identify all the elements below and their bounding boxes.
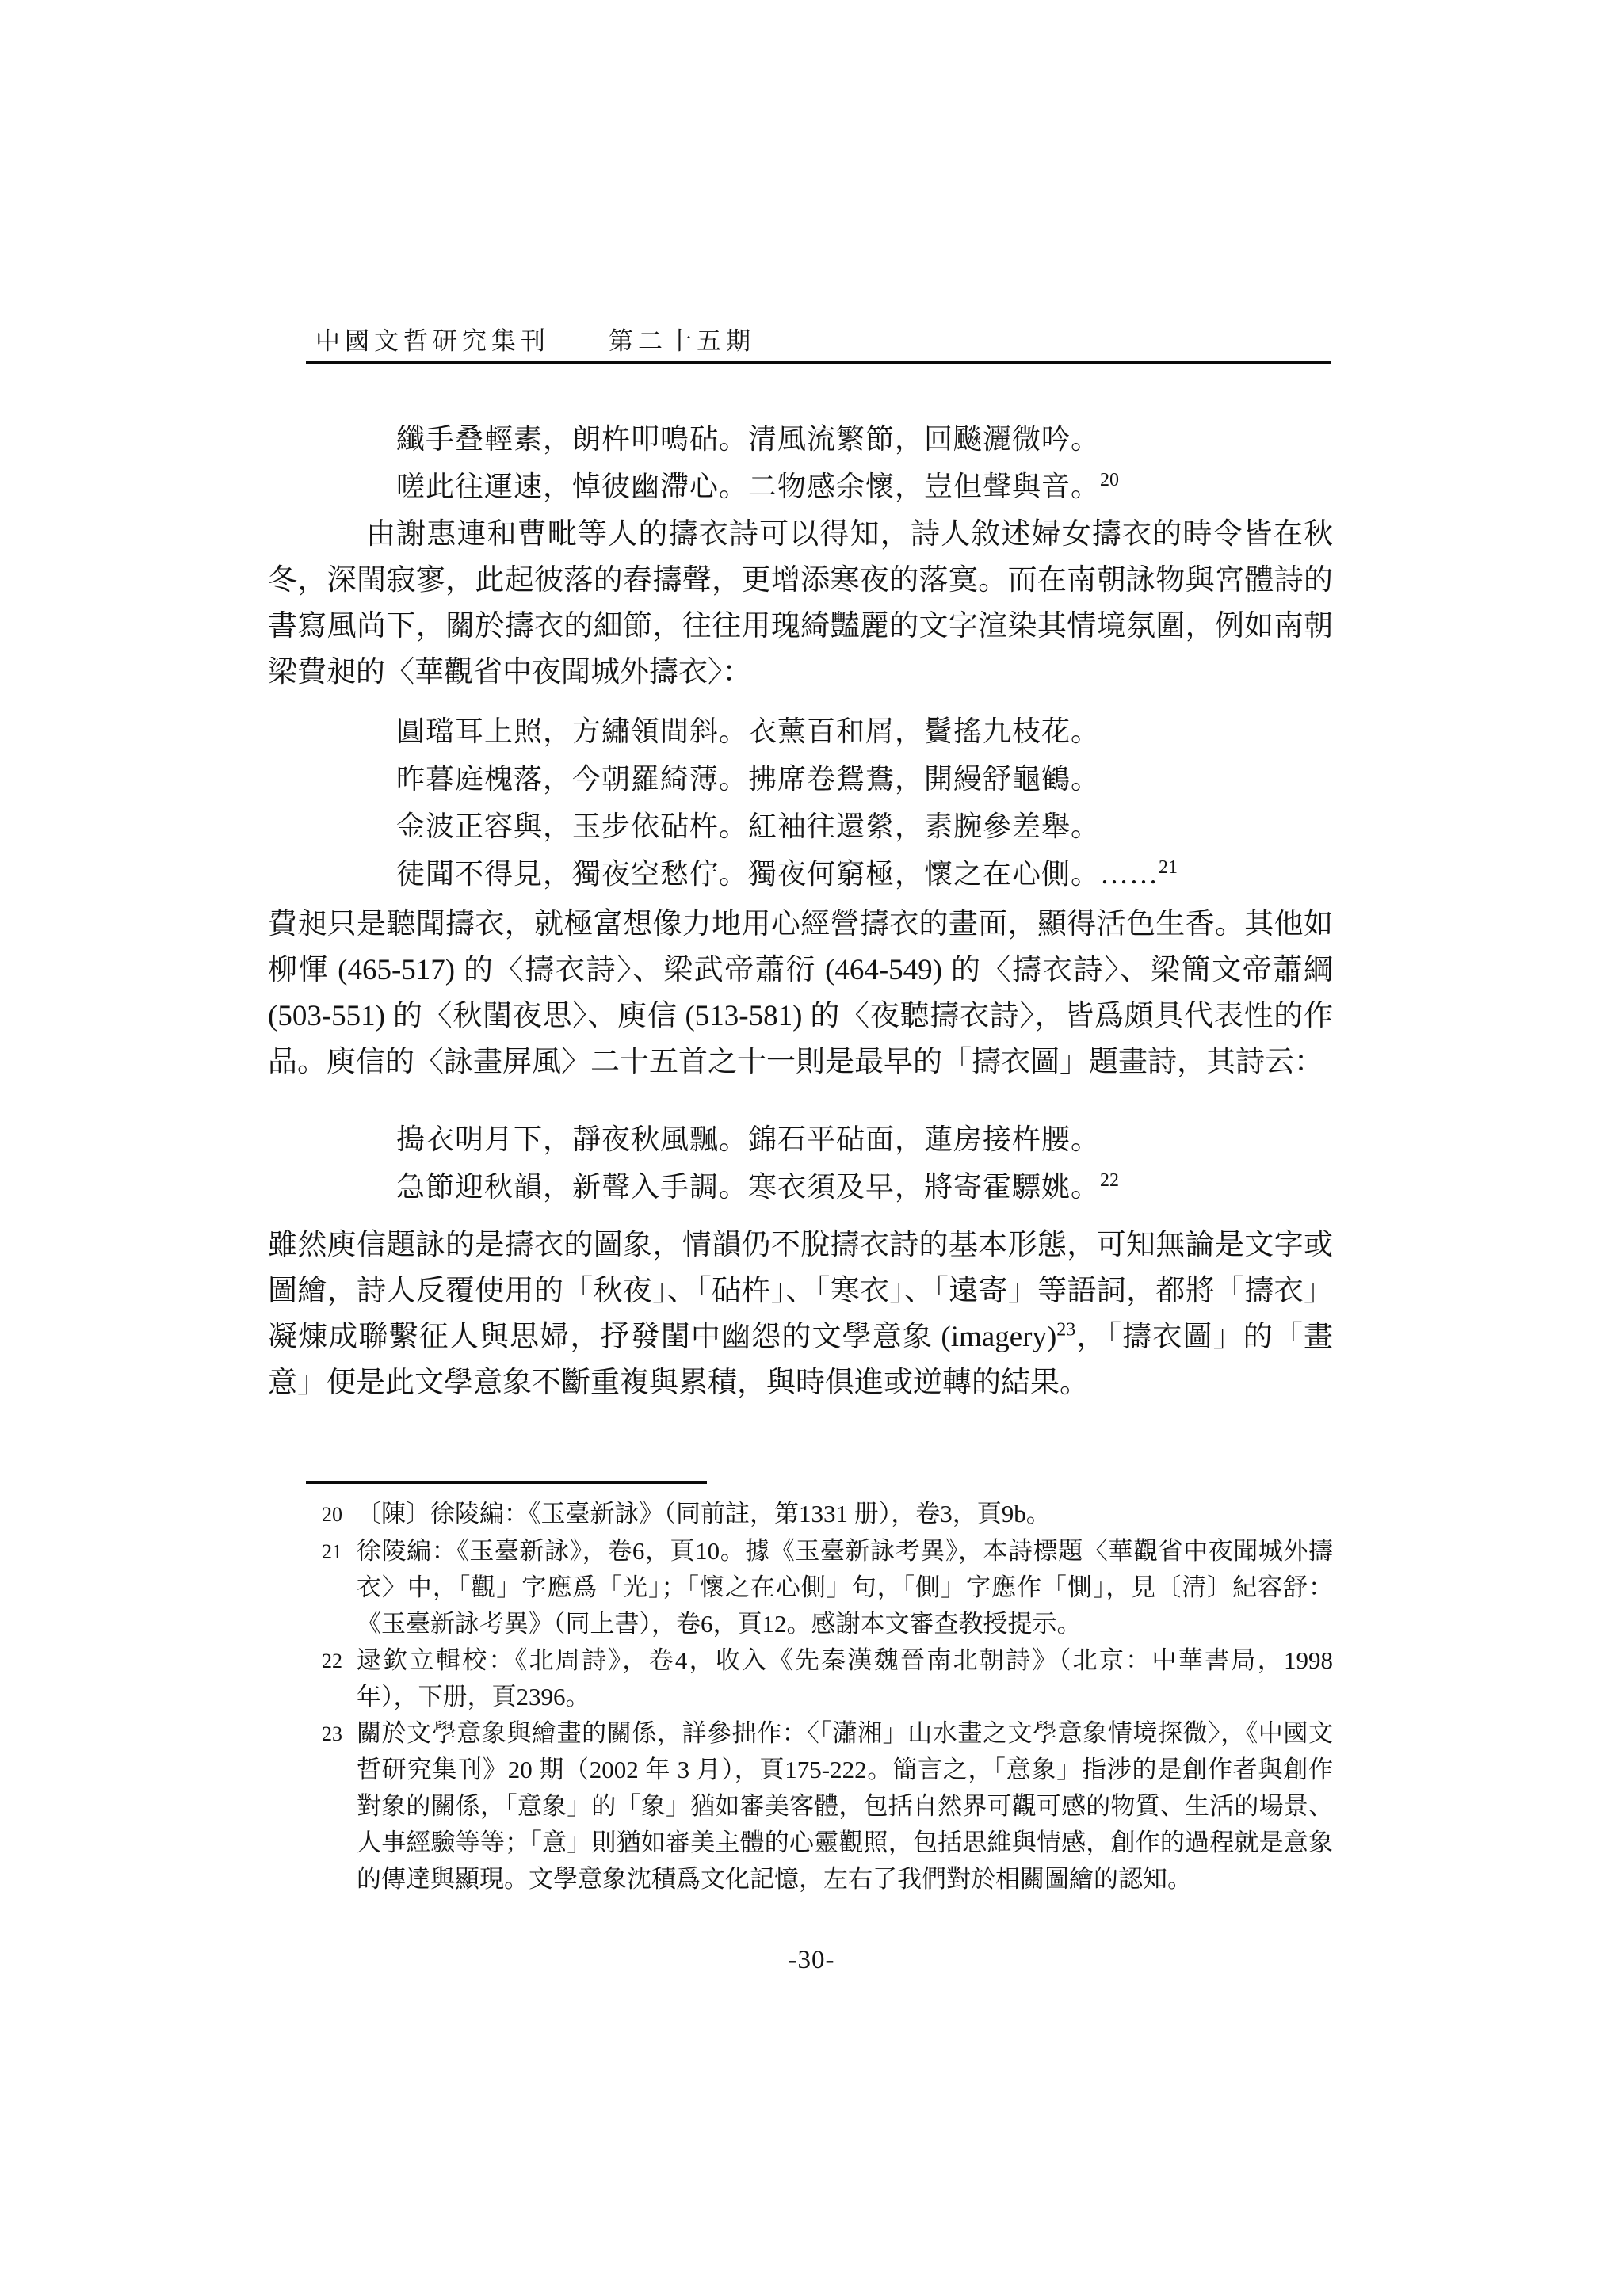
body-paragraph-1: 由謝惠連和曹毗等人的擣衣詩可以得知，詩人敘述婦女擣衣的時令皆在秋冬，深閨寂寥，此… [268, 512, 1333, 696]
footnote-number: 21 [322, 1533, 357, 1570]
page-number: -30- [0, 1946, 1623, 1975]
footnote-item: 23 關於文學意象與繪畫的關係，詳參拙作：〈「瀟湘」山水畫之文學意象情境探微〉，… [268, 1715, 1333, 1897]
poem-line-text: 嗟此往運速，悼彼幽滯心。二物感余懷，豈但聲與音。 [396, 471, 1100, 502]
poem-line: 徒聞不得見，獨夜空愁佇。獨夜何窮極，懷之在心側。……21 [396, 850, 1178, 898]
poem-line-text: 急節迎秋韻，新聲入手調。寒衣須及早，將寄霍驃姚。 [396, 1171, 1100, 1203]
footnote-text: 〔陳〕徐陵編：《玉臺新詠》（同前註，第1331 册），卷3，頁9b。 [357, 1496, 1333, 1532]
poem-quote-1: 纖手叠輕素，朗杵叩鳴砧。清風流繁節，回飈灑微吟。 嗟此往運速，悼彼幽滯心。二物感… [396, 415, 1119, 510]
poem-line: 搗衣明月下，靜夜秋風飄。錦石平砧面，蓮房接杵腰。 [396, 1116, 1119, 1163]
footnote-text: 逯欽立輯校：《北周詩》，卷4，收入《先秦漢魏晉南北朝詩》（北京：中華書局，199… [357, 1642, 1333, 1715]
footnote-separator-rule [306, 1481, 707, 1484]
body-paragraph-3: 雖然庾信題詠的是擣衣的圖象，情韻仍不脫擣衣詩的基本形態，可知無論是文字或圖繪，詩… [268, 1222, 1333, 1406]
footnote-ref-23: 23 [1056, 1320, 1075, 1341]
poem-line: 金波正容與，玉步依砧杵。紅袖往還縈，素腕參差舉。 [396, 803, 1178, 850]
footnote-ref-20: 20 [1100, 470, 1119, 490]
poem-line: 昨暮庭槐落，今朝羅綺薄。拂席卷鴛鴦，開縵舒龜鶴。 [396, 755, 1178, 803]
footnote-text: 徐陵編：《玉臺新詠》，卷6，頁10。據《玉臺新詠考異》，本詩標題〈華觀省中夜聞城… [357, 1533, 1333, 1642]
footnote-block: 20 〔陳〕徐陵編：《玉臺新詠》（同前註，第1331 册），卷3，頁9b。 21… [268, 1496, 1333, 1897]
footnote-item: 22 逯欽立輯校：《北周詩》，卷4，收入《先秦漢魏晉南北朝詩》（北京：中華書局，… [268, 1642, 1333, 1715]
footnote-number: 20 [322, 1496, 357, 1533]
poem-line: 纖手叠輕素，朗杵叩鳴砧。清風流繁節，回飈灑微吟。 [396, 415, 1119, 463]
poem-quote-2: 圓璫耳上照，方繡領間斜。衣薰百和屑，鬢搖九枝花。 昨暮庭槐落，今朝羅綺薄。拂席卷… [396, 707, 1178, 898]
footnote-number: 23 [322, 1715, 357, 1753]
footnote-item: 21 徐陵編：《玉臺新詠》，卷6，頁10。據《玉臺新詠考異》，本詩標題〈華觀省中… [268, 1533, 1333, 1642]
scanned-journal-page: 中國文哲研究集刊 第二十五期 纖手叠輕素，朗杵叩鳴砧。清風流繁節，回飈灑微吟。 … [0, 0, 1623, 2296]
header-rule [306, 361, 1331, 364]
poem-line: 嗟此往運速，悼彼幽滯心。二物感余懷，豈但聲與音。20 [396, 463, 1119, 510]
footnote-number: 22 [322, 1642, 357, 1680]
footnote-ref-21: 21 [1159, 857, 1178, 878]
poem-line: 急節迎秋韻，新聲入手調。寒衣須及早，將寄霍驃姚。22 [396, 1163, 1119, 1211]
poem-line: 圓璫耳上照，方繡領間斜。衣薰百和屑，鬢搖九枝花。 [396, 707, 1178, 755]
running-header-journal-title: 中國文哲研究集刊 第二十五期 [315, 321, 755, 357]
poem-line-text: 徒聞不得見，獨夜空愁佇。獨夜何窮極，懷之在心側。…… [396, 858, 1159, 890]
footnote-item: 20 〔陳〕徐陵編：《玉臺新詠》（同前註，第1331 册），卷3，頁9b。 [268, 1496, 1333, 1533]
footnote-ref-22: 22 [1100, 1170, 1119, 1191]
footnote-text: 關於文學意象與繪畫的關係，詳參拙作：〈「瀟湘」山水畫之文學意象情境探微〉，《中國… [357, 1715, 1333, 1897]
poem-quote-3: 搗衣明月下，靜夜秋風飄。錦石平砧面，蓮房接杵腰。 急節迎秋韻，新聲入手調。寒衣須… [396, 1116, 1119, 1211]
body-paragraph-2: 費昶只是聽聞擣衣，就極富想像力地用心經營擣衣的畫面，顯得活色生香。其他如柳惲 (… [268, 902, 1333, 1085]
